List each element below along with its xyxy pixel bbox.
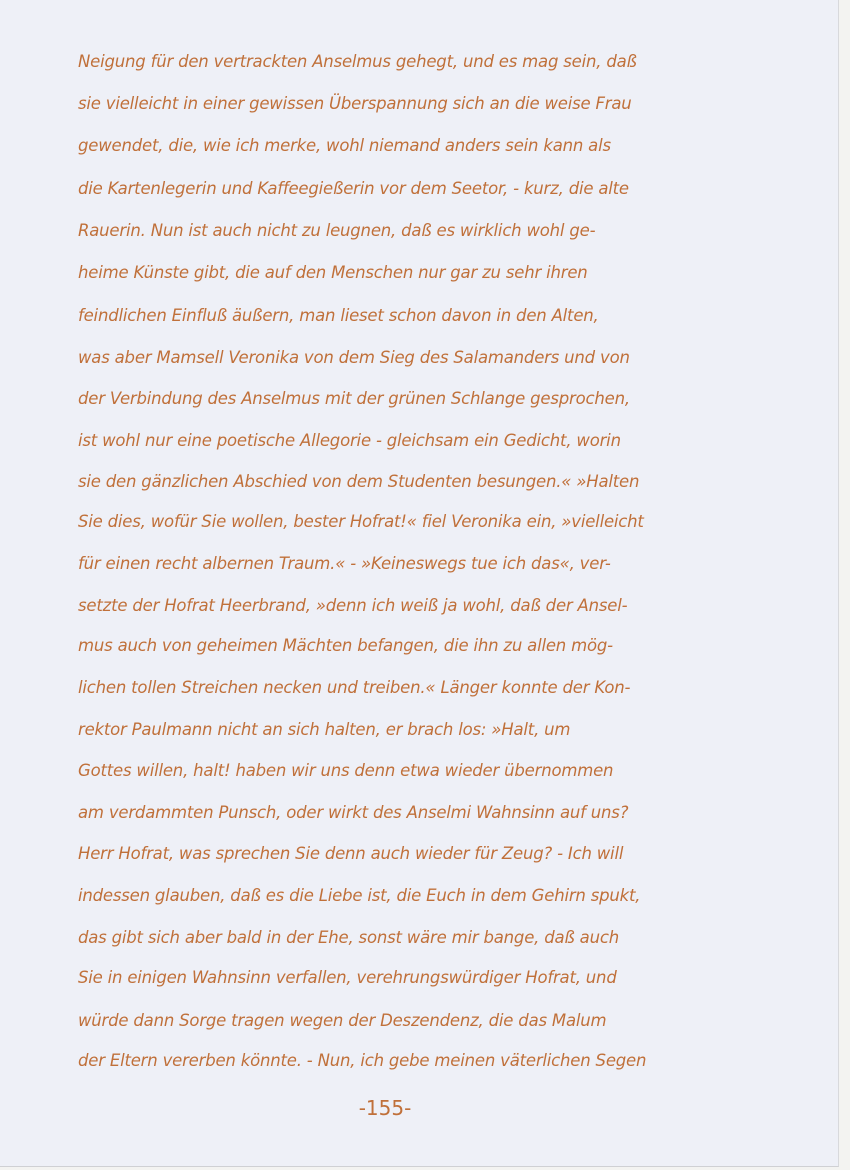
text-line-4: die Kartenlegerin und Kaffeegießerin vor… [78,177,758,201]
text-line-16: lichen tollen Streichen necken und treib… [78,676,758,700]
text-line-11: sie den gänzlichen Abschied von dem Stud… [78,470,758,494]
text-line-23: Sie in einigen Wahnsinn verfallen, vereh… [78,966,758,990]
text-line-6: heime Künste gibt, die auf den Menschen … [78,261,758,285]
text-line-12: Sie dies, wofür Sie wollen, bester Hofra… [78,510,758,534]
text-line-19: am verdammten Punsch, oder wirkt des Ans… [78,801,758,825]
text-line-1: Neigung für den vertrackten Anselmus geh… [78,50,758,74]
text-line-3: gewendet, die, wie ich merke, wohl niema… [78,134,758,158]
text-line-7: feindlichen Einfluß äußern, man lieset s… [78,304,758,328]
text-line-25: der Eltern vererben könnte. - Nun, ich g… [78,1049,758,1073]
text-line-13: für einen recht albernen Traum.« - »Kein… [78,552,758,576]
text-line-8: was aber Mamsell Veronika von dem Sieg d… [78,346,758,370]
manuscript-page: Neigung für den vertrackten Anselmus geh… [0,0,839,1167]
text-line-21: indessen glauben, daß es die Liebe ist, … [78,884,758,908]
text-line-22: das gibt sich aber bald in der Ehe, sons… [78,926,758,950]
text-line-17: rektor Paulmann nicht an sich halten, er… [78,718,758,742]
text-line-20: Herr Hofrat, was sprechen Sie denn auch … [78,842,758,866]
text-line-15: mus auch von geheimen Mächten befangen, … [78,634,758,658]
text-line-10: ist wohl nur eine poetische Allegorie - … [78,429,758,453]
text-line-5: Rauerin. Nun ist auch nicht zu leugnen, … [78,219,758,243]
text-line-2: sie vielleicht in einer gewissen Überspa… [78,92,758,116]
text-line-14: setzte der Hofrat Heerbrand, »denn ich w… [78,594,758,618]
page-number: -155- [340,1096,430,1120]
text-line-24: würde dann Sorge tragen wegen der Deszen… [78,1009,758,1033]
text-line-9: der Verbindung des Anselmus mit der grün… [78,387,758,411]
text-line-18: Gottes willen, halt! haben wir uns denn … [78,759,758,783]
